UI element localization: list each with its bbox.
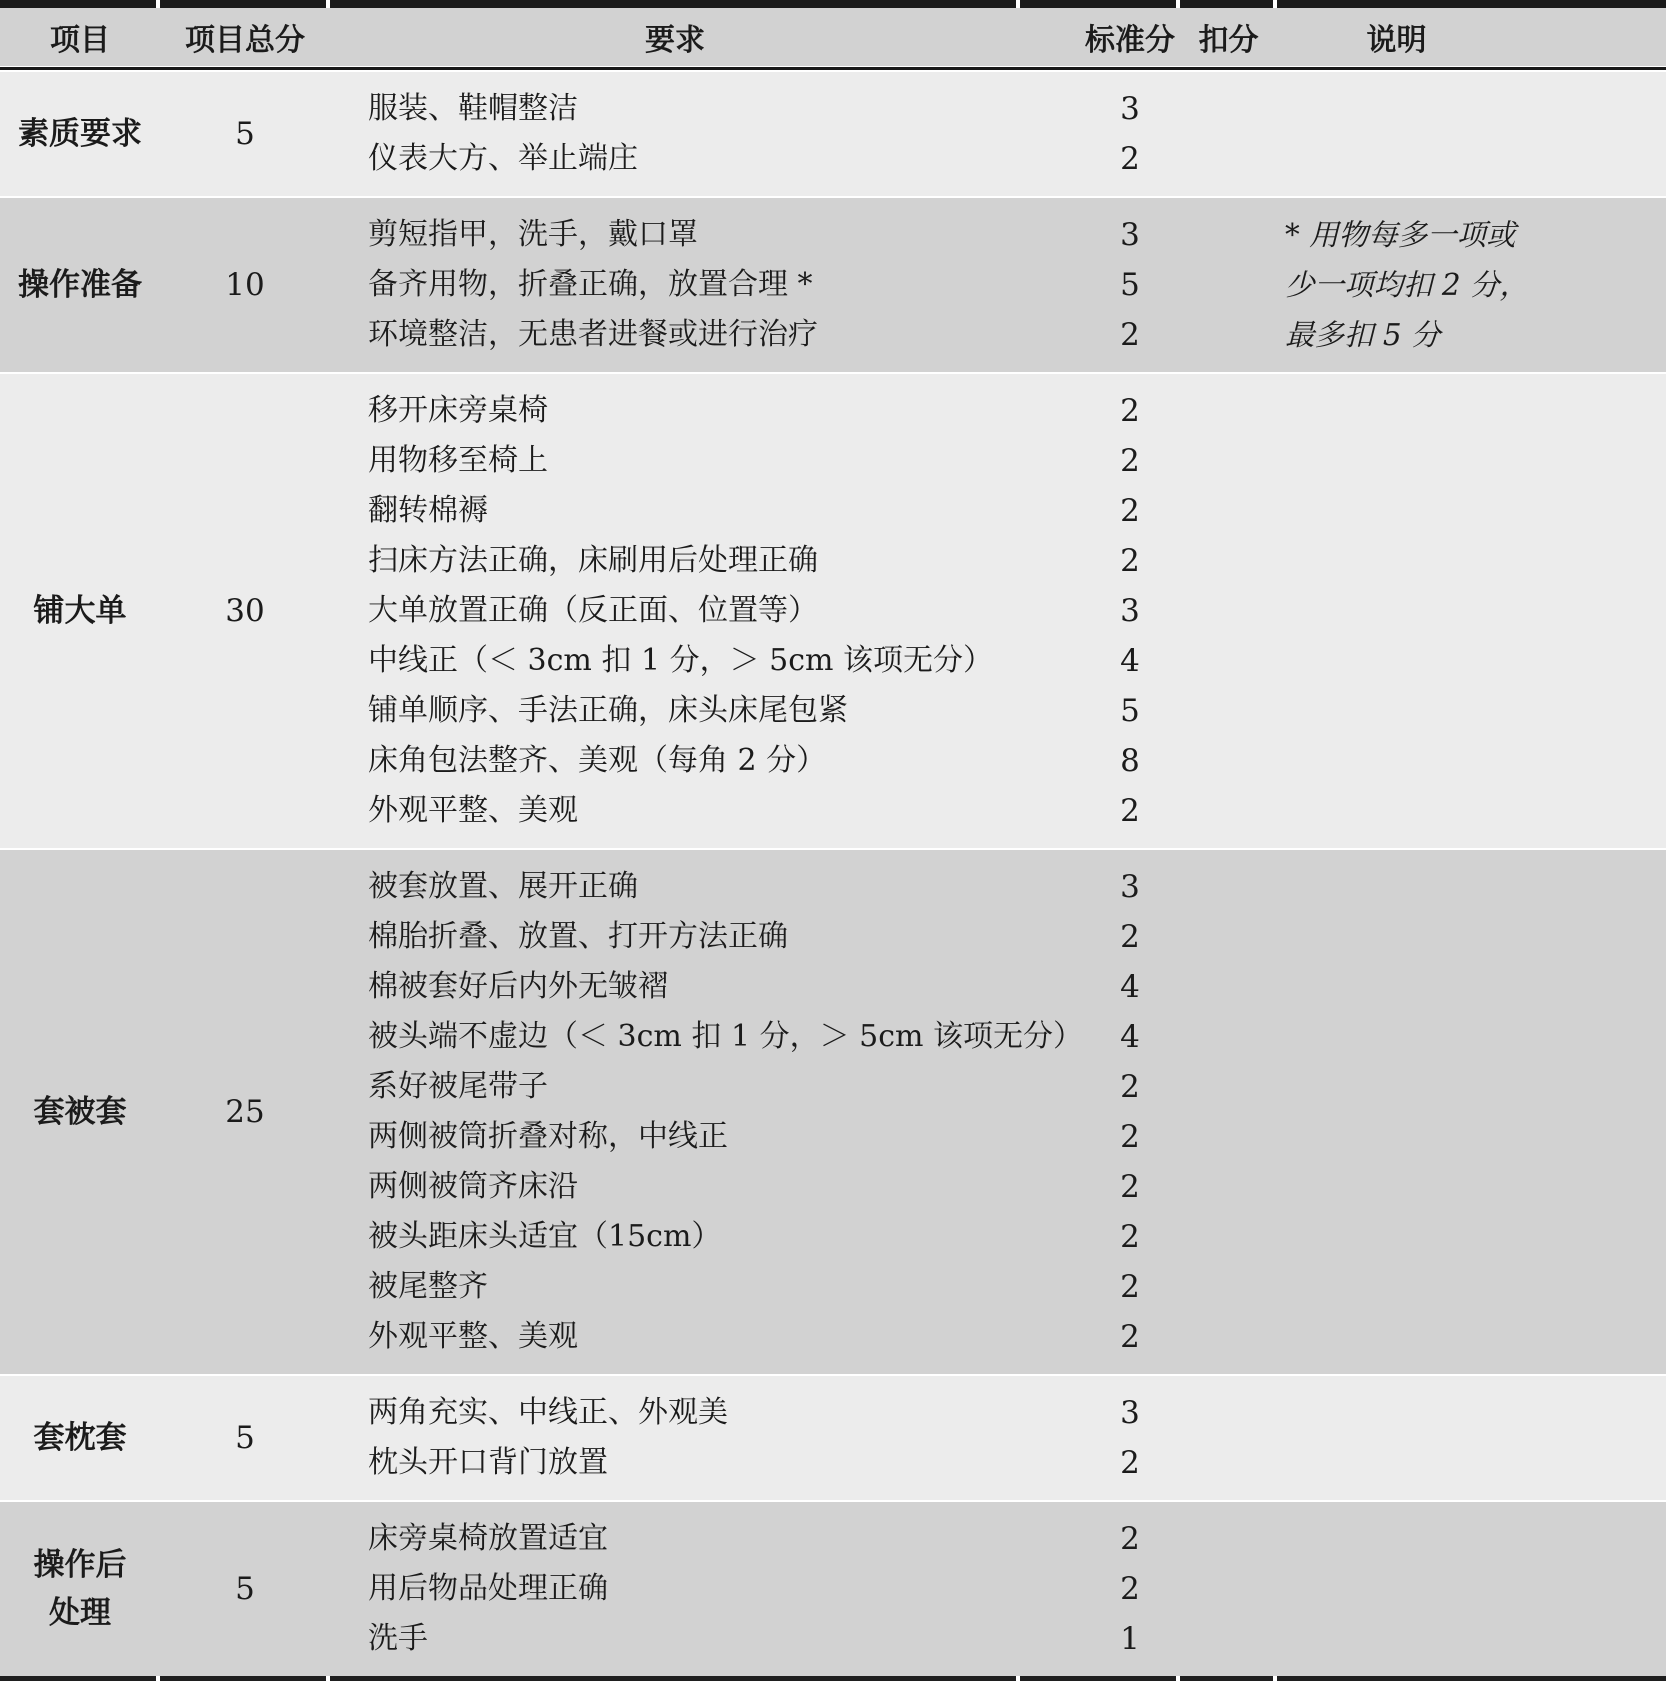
- deduction-cell: [1180, 1514, 1277, 1664]
- border-segment: [0, 1676, 156, 1681]
- note-cell: * 用物每多一项或少一项均扣 2 分，最多扣 5 分: [1277, 210, 1666, 360]
- border-segment: [160, 0, 326, 8]
- header-item-total: 项目总分: [160, 8, 330, 66]
- requirements-cell: 床旁桌椅放置适宜用后物品处理正确洗手: [330, 1514, 1020, 1664]
- requirement-text: 移开床旁桌椅: [368, 386, 1020, 436]
- item-name: 铺大单: [34, 587, 127, 635]
- requirement-text: 枕头开口背门放置: [368, 1438, 1020, 1488]
- standard-score-value: 2: [1080, 1564, 1180, 1614]
- table-section-5: 套枕套 5 两角充实、中线正、外观美枕头开口背门放置 32: [0, 1376, 1666, 1500]
- standard-score-value: 2: [1080, 1212, 1180, 1262]
- note-cell: [1277, 1514, 1666, 1664]
- requirements-cell: 移开床旁桌椅用物移至椅上翻转棉褥扫床方法正确，床刷用后处理正确大单放置正确（反正…: [330, 386, 1020, 836]
- item-name: 操作后处理: [28, 1541, 133, 1637]
- standard-scores-cell: 32: [1020, 1388, 1180, 1488]
- requirement-text: 被头端不虚边（＜ 3cm 扣 1 分，＞ 5cm 该项无分）: [368, 1012, 1020, 1062]
- header-requirement: 要求: [330, 8, 1020, 66]
- item-total-cell: 5: [160, 84, 330, 184]
- standard-score-value: 2: [1080, 134, 1180, 184]
- standard-score-value: 3: [1080, 862, 1180, 912]
- requirement-text: 仪表大方、举止端庄: [368, 134, 1020, 184]
- standard-score-value: 8: [1080, 736, 1180, 786]
- standard-score-value: 2: [1080, 1062, 1180, 1112]
- standard-score-value: 2: [1080, 1438, 1180, 1488]
- item-name: 套被套: [34, 1088, 127, 1136]
- item-cell: 操作后处理: [0, 1514, 160, 1664]
- table-section-1: 素质要求 5 服装、鞋帽整洁仪表大方、举止端庄 32: [0, 72, 1666, 196]
- deduction-cell: [1180, 84, 1277, 184]
- item-cell: 素质要求: [0, 84, 160, 184]
- requirement-text: 中线正（＜ 3cm 扣 1 分，＞ 5cm 该项无分）: [368, 636, 1020, 686]
- border-segment: [1277, 1676, 1666, 1681]
- requirement-text: 两侧被筒齐床沿: [368, 1162, 1020, 1212]
- standard-score-value: 4: [1080, 636, 1180, 686]
- standard-scores-cell: 32: [1020, 84, 1180, 184]
- requirement-text: 大单放置正确（反正面、位置等）: [368, 586, 1020, 636]
- requirement-text: 系好被尾带子: [368, 1062, 1020, 1112]
- standard-score-value: 2: [1080, 1162, 1180, 1212]
- item-total-cell: 30: [160, 386, 330, 836]
- table-top-border: [0, 0, 1666, 8]
- standard-score-value: 2: [1080, 386, 1180, 436]
- requirement-text: 环境整洁，无患者进餐或进行治疗: [368, 310, 1020, 360]
- item-cell: 套被套: [0, 862, 160, 1362]
- item-name: 素质要求: [18, 110, 142, 158]
- requirements-cell: 被套放置、展开正确棉胎折叠、放置、打开方法正确棉被套好后内外无皱褶被头端不虚边（…: [330, 862, 1020, 1362]
- deduction-cell: [1180, 210, 1277, 360]
- requirement-text: 床角包法整齐、美观（每角 2 分）: [368, 736, 1020, 786]
- note-text: 最多扣 5 分: [1285, 310, 1666, 360]
- requirement-text: 外观平整、美观: [368, 786, 1020, 836]
- note-cell: [1277, 1388, 1666, 1488]
- border-segment: [1180, 1676, 1273, 1681]
- border-segment: [0, 0, 156, 8]
- standard-score-value: 2: [1080, 1514, 1180, 1564]
- table-section-6: 操作后处理 5 床旁桌椅放置适宜用后物品处理正确洗手 221: [0, 1502, 1666, 1676]
- standard-score-value: 2: [1080, 436, 1180, 486]
- header-standard-score: 标准分: [1020, 8, 1180, 66]
- requirement-text: 用物移至椅上: [368, 436, 1020, 486]
- requirement-text: 棉被套好后内外无皱褶: [368, 962, 1020, 1012]
- standard-score-value: 3: [1080, 210, 1180, 260]
- header-note: 说明: [1277, 8, 1666, 66]
- requirement-text: 备齐用物，折叠正确，放置合理 *: [368, 260, 1020, 310]
- requirement-text: 两角充实、中线正、外观美: [368, 1388, 1020, 1438]
- border-segment: [330, 1676, 1016, 1681]
- deduction-cell: [1180, 1388, 1277, 1488]
- deduction-cell: [1180, 862, 1277, 1362]
- header-divider: [0, 67, 1666, 70]
- requirement-text: 剪短指甲，洗手，戴口罩: [368, 210, 1020, 260]
- standard-score-value: 2: [1080, 1112, 1180, 1162]
- item-cell: 操作准备: [0, 210, 160, 360]
- item-total-score: 5: [235, 1420, 255, 1456]
- scoring-table: 项目 项目总分 要求 标准分 扣分 说明 素质要求 5 服装、鞋帽整洁仪表大方、…: [0, 0, 1666, 1681]
- item-name: 套枕套: [34, 1414, 127, 1462]
- table-section-4: 套被套 25 被套放置、展开正确棉胎折叠、放置、打开方法正确棉被套好后内外无皱褶…: [0, 850, 1666, 1374]
- standard-score-value: 2: [1080, 1262, 1180, 1312]
- item-total-score: 5: [235, 116, 255, 152]
- requirement-text: 服装、鞋帽整洁: [368, 84, 1020, 134]
- standard-score-value: 3: [1080, 586, 1180, 636]
- standard-score-value: 2: [1080, 786, 1180, 836]
- requirement-text: 被尾整齐: [368, 1262, 1020, 1312]
- requirement-text: 棉胎折叠、放置、打开方法正确: [368, 912, 1020, 962]
- item-total-score: 10: [225, 267, 264, 303]
- standard-score-value: 5: [1080, 686, 1180, 736]
- item-total-score: 30: [225, 593, 264, 629]
- requirement-text: 被套放置、展开正确: [368, 862, 1020, 912]
- requirement-text: 被头距床头适宜（15cm）: [368, 1212, 1020, 1262]
- table-section-3: 铺大单 30 移开床旁桌椅用物移至椅上翻转棉褥扫床方法正确，床刷用后处理正确大单…: [0, 374, 1666, 848]
- standard-score-value: 2: [1080, 486, 1180, 536]
- note-cell: [1277, 386, 1666, 836]
- requirement-text: 两侧被筒折叠对称，中线正: [368, 1112, 1020, 1162]
- requirement-text: 床旁桌椅放置适宜: [368, 1514, 1020, 1564]
- requirements-cell: 服装、鞋帽整洁仪表大方、举止端庄: [330, 84, 1020, 184]
- deduction-cell: [1180, 386, 1277, 836]
- requirement-text: 外观平整、美观: [368, 1312, 1020, 1362]
- item-cell: 套枕套: [0, 1388, 160, 1488]
- standard-scores-cell: 222234582: [1020, 386, 1180, 836]
- standard-score-value: 2: [1080, 536, 1180, 586]
- note-text: 少一项均扣 2 分，: [1285, 260, 1666, 310]
- item-total-cell: 5: [160, 1388, 330, 1488]
- standard-score-value: 2: [1080, 912, 1180, 962]
- requirement-text: 洗手: [368, 1614, 1020, 1664]
- border-segment: [1020, 0, 1176, 8]
- item-name: 操作准备: [18, 261, 142, 309]
- table-section-2: 操作准备 10 剪短指甲，洗手，戴口罩备齐用物，折叠正确，放置合理 *环境整洁，…: [0, 198, 1666, 372]
- table-header: 项目 项目总分 要求 标准分 扣分 说明: [0, 8, 1666, 66]
- standard-score-value: 2: [1080, 310, 1180, 360]
- requirements-cell: 剪短指甲，洗手，戴口罩备齐用物，折叠正确，放置合理 *环境整洁，无患者进餐或进行…: [330, 210, 1020, 360]
- standard-score-value: 4: [1080, 1012, 1180, 1062]
- item-total-score: 25: [225, 1094, 264, 1130]
- standard-score-value: 1: [1080, 1614, 1180, 1664]
- item-total-cell: 25: [160, 862, 330, 1362]
- standard-scores-cell: 352: [1020, 210, 1180, 360]
- table-body: 素质要求 5 服装、鞋帽整洁仪表大方、举止端庄 32 操作准备 10 剪短指甲，…: [0, 72, 1666, 1676]
- item-cell: 铺大单: [0, 386, 160, 836]
- standard-score-value: 2: [1080, 1312, 1180, 1362]
- note-cell: [1277, 862, 1666, 1362]
- standard-score-value: 4: [1080, 962, 1180, 1012]
- border-segment: [330, 0, 1016, 8]
- border-segment: [1020, 1676, 1176, 1681]
- requirement-text: 用后物品处理正确: [368, 1564, 1020, 1614]
- standard-scores-cell: 221: [1020, 1514, 1180, 1664]
- requirements-cell: 两角充实、中线正、外观美枕头开口背门放置: [330, 1388, 1020, 1488]
- note-cell: [1277, 84, 1666, 184]
- standard-scores-cell: 3244222222: [1020, 862, 1180, 1362]
- standard-score-value: 3: [1080, 84, 1180, 134]
- header-item: 项目: [0, 8, 160, 66]
- border-segment: [1180, 0, 1273, 8]
- requirement-text: 扫床方法正确，床刷用后处理正确: [368, 536, 1020, 586]
- requirement-text: 翻转棉褥: [368, 486, 1020, 536]
- item-total-score: 5: [235, 1571, 255, 1607]
- header-deduction: 扣分: [1180, 8, 1277, 66]
- standard-score-value: 3: [1080, 1388, 1180, 1438]
- item-total-cell: 5: [160, 1514, 330, 1664]
- item-total-cell: 10: [160, 210, 330, 360]
- border-segment: [1277, 0, 1666, 8]
- note-text: * 用物每多一项或: [1285, 210, 1666, 260]
- requirement-text: 铺单顺序、手法正确，床头床尾包紧: [368, 686, 1020, 736]
- standard-score-value: 5: [1080, 260, 1180, 310]
- border-segment: [160, 1676, 326, 1681]
